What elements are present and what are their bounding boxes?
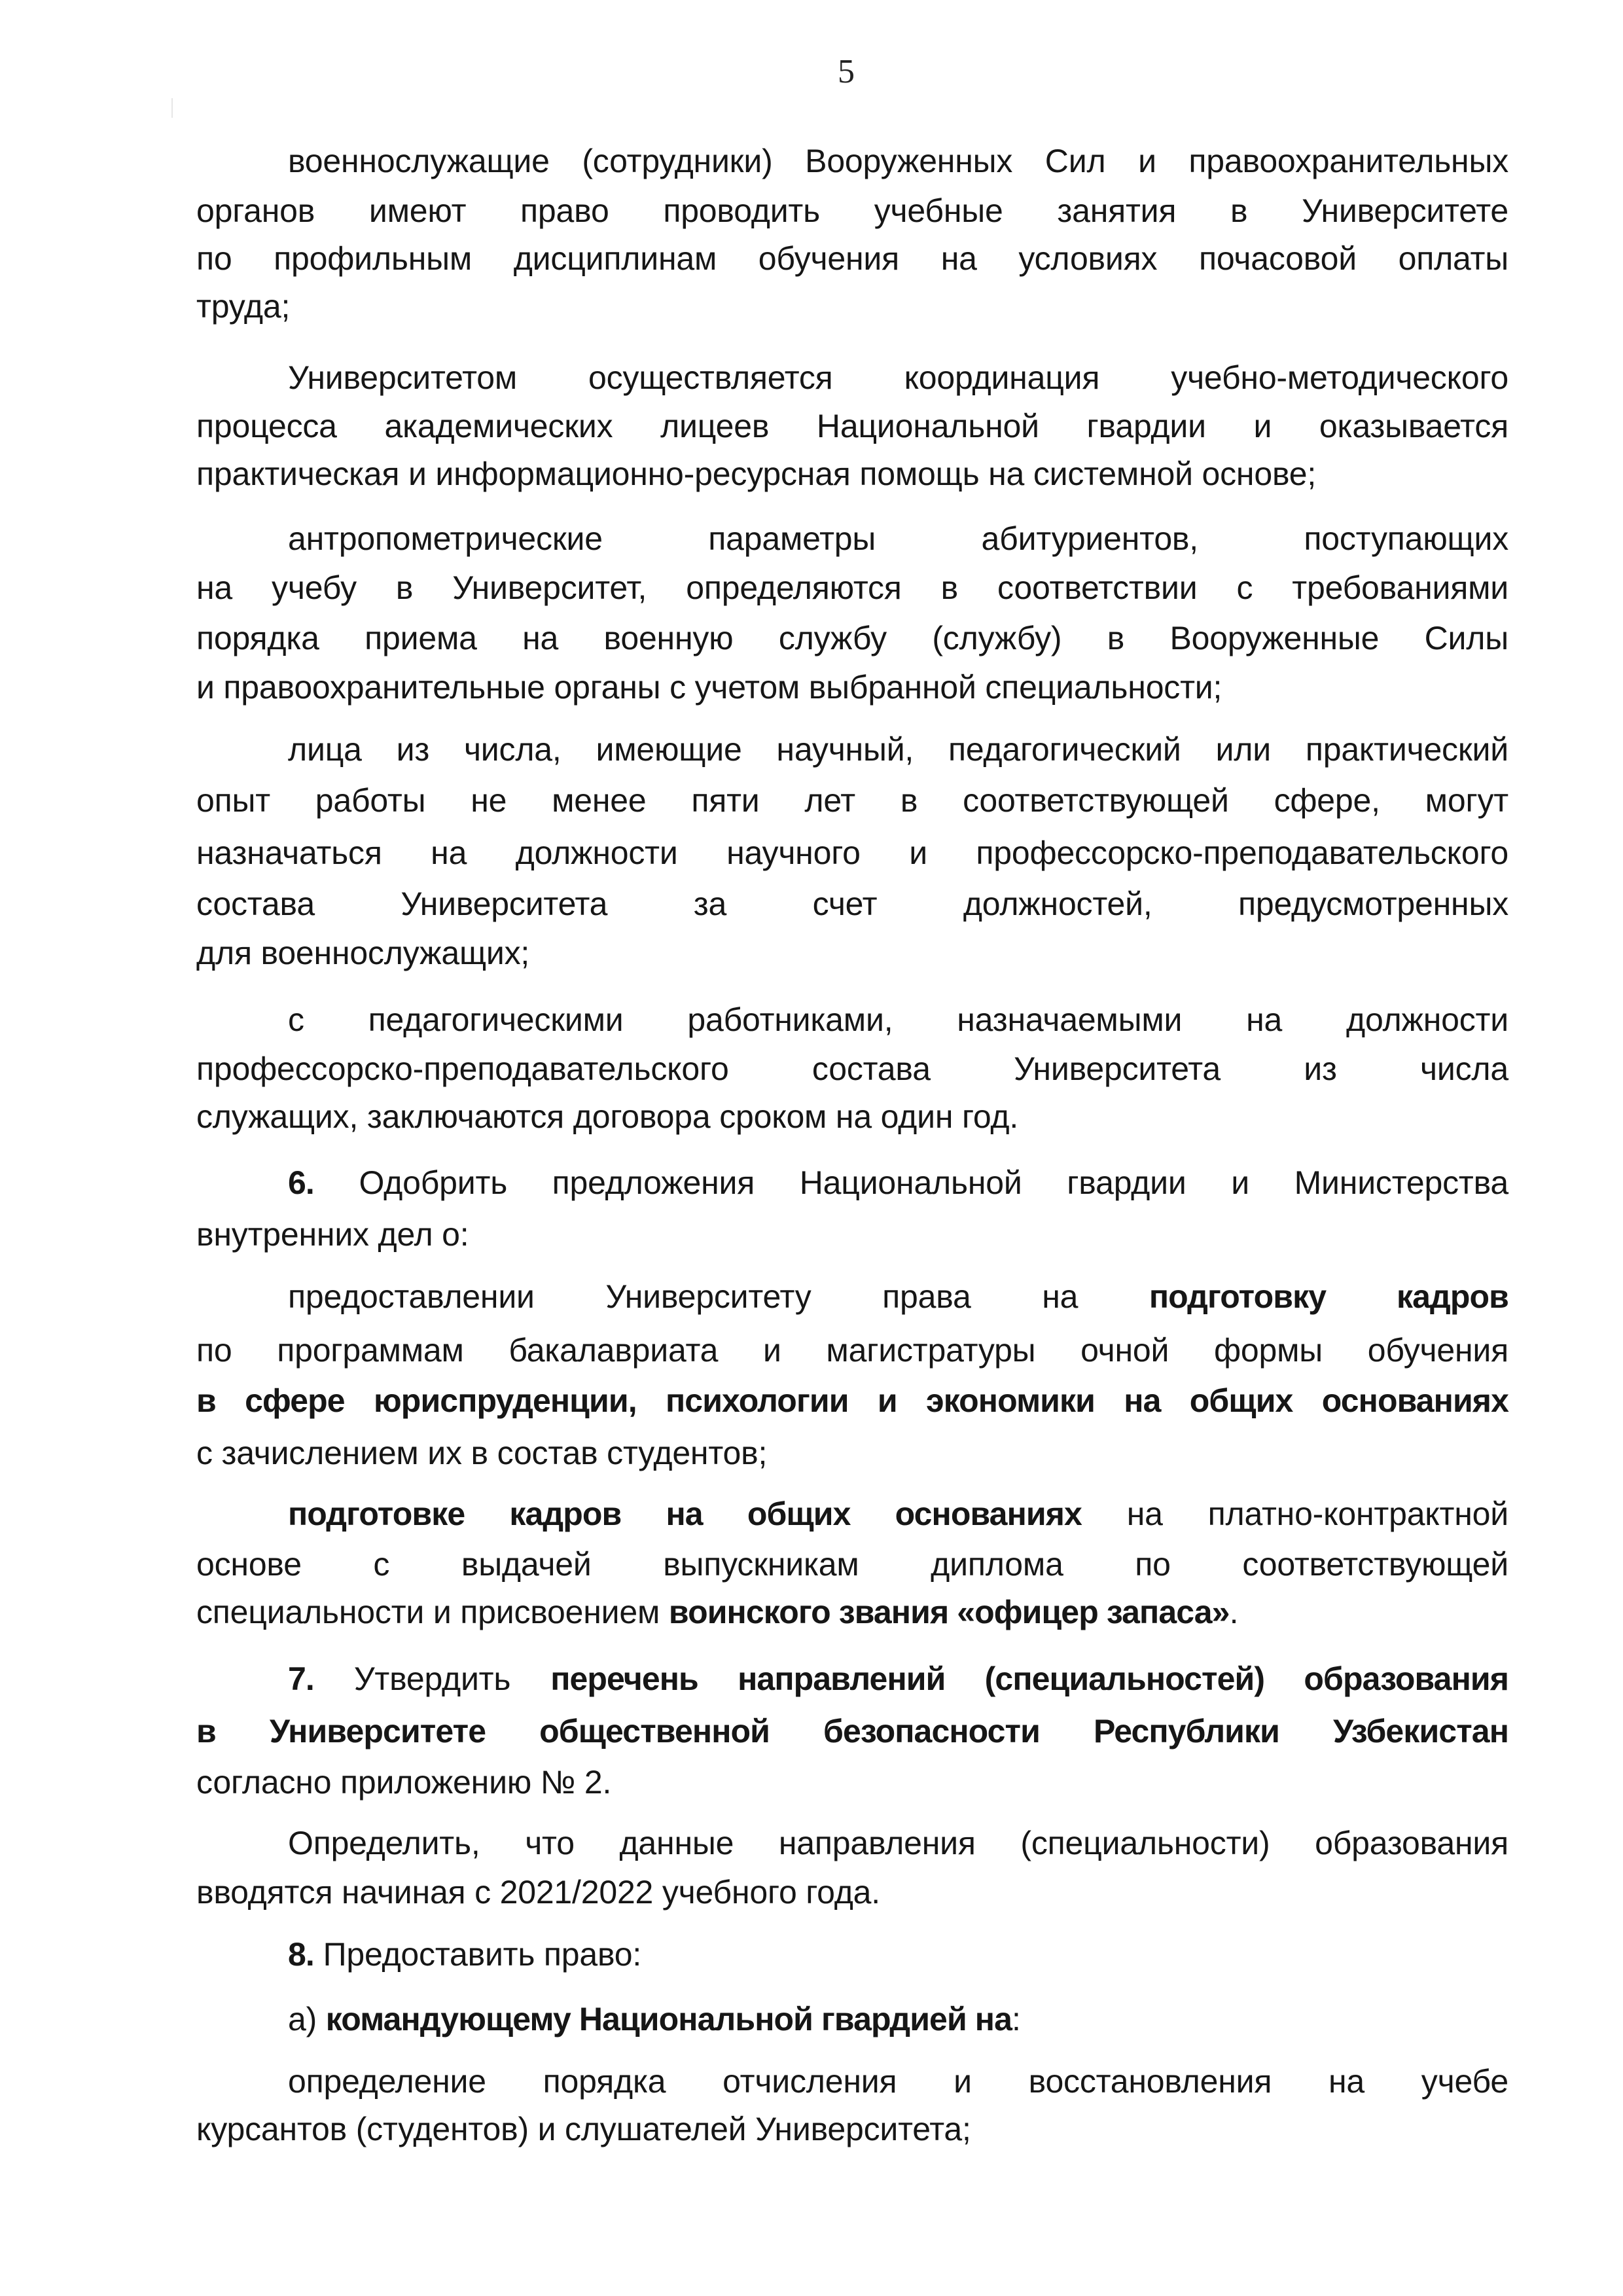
bold-text-run: в Университете общественной безопасности… [196, 1713, 1508, 1749]
text-line: состава Университета за счет должностей,… [196, 884, 1508, 924]
text-run: предоставлении Университету права на [288, 1278, 1149, 1315]
text-line: курсантов (студентов) и слушателей Униве… [196, 2109, 1508, 2149]
text-line: назначаться на должности научного и проф… [196, 833, 1508, 872]
text-run: специальности и присвоением [196, 1594, 669, 1630]
paragraph-first-line: с педагогическими работниками, назначаем… [288, 1000, 1508, 1039]
text-run: опыт работы не менее пяти лет в соответс… [196, 782, 1508, 819]
text-line: и правоохранительные органы с учетом выб… [196, 668, 1508, 707]
bold-text-run: 7. [288, 1660, 314, 1697]
text-run: с зачислением их в состав студентов; [196, 1435, 767, 1471]
paragraph-first-line: предоставлении Университету права на под… [288, 1277, 1508, 1316]
text-run: . [1230, 1594, 1239, 1630]
bold-text-run: в сфере юриспруденции, психологии и экон… [196, 1382, 1508, 1419]
text-line: органов имеют право проводить учебные за… [196, 191, 1508, 230]
text-line: труда; [196, 287, 1508, 326]
text-run: порядка приема на военную службу (службу… [196, 620, 1508, 656]
text-run: процесса академических лицеев Национальн… [196, 408, 1508, 444]
bold-text-run: подготовку кадров [1149, 1278, 1508, 1315]
text-run: практическая и информационно-ресурсная п… [196, 456, 1316, 492]
text-run: : [1012, 2001, 1021, 2037]
text-line: порядка приема на военную службу (службу… [196, 619, 1508, 658]
bold-text-run: 8. [288, 1936, 314, 1973]
text-run: определение порядка отчисления и восстан… [288, 2063, 1508, 2100]
bold-text-run: 6. [288, 1164, 314, 1201]
paragraph-first-line: 8. Предоставить право: [288, 1935, 1508, 1974]
paragraph-first-line: военнослужащие (сотрудники) Вооруженных … [288, 141, 1508, 181]
paragraph-first-line: а) командующему Национальной гвардией на… [288, 2000, 1508, 2039]
text-run: основе с выдачей выпускникам диплома по … [196, 1546, 1508, 1583]
bold-text-run: воинского звания «офицер запаса» [669, 1594, 1230, 1630]
paragraph-first-line: Определить, что данные направления (спец… [288, 1823, 1508, 1863]
text-run: труда; [196, 288, 290, 325]
text-line: основе с выдачей выпускникам диплома по … [196, 1545, 1508, 1584]
text-run: Утвердить [314, 1660, 550, 1697]
text-line: служащих, заключаются договора сроком на… [196, 1097, 1508, 1136]
paragraph-first-line: антропометрические параметры абитуриенто… [288, 519, 1508, 558]
text-run: состава Университета за счет должностей,… [196, 886, 1508, 922]
text-run: для военнослужащих; [196, 935, 529, 971]
text-line: с зачислением их в состав студентов; [196, 1433, 1508, 1473]
bold-text-run: командующему Национальной гвардией на [326, 2001, 1012, 2037]
bold-text-run: перечень направлений (специальностей) об… [550, 1660, 1508, 1697]
text-line: внутренних дел о: [196, 1215, 1508, 1254]
text-run: по профильным дисциплинам обучения на ус… [196, 240, 1508, 277]
text-run: с педагогическими работниками, назначаем… [288, 1001, 1508, 1038]
text-run: курсантов (студентов) и слушателей Униве… [196, 2111, 971, 2147]
text-run: внутренних дел о: [196, 1216, 469, 1253]
text-run: Определить, что данные направления (спец… [288, 1825, 1508, 1861]
text-run: Университетом осуществляется координация… [288, 359, 1508, 396]
text-run: антропометрические параметры абитуриенто… [288, 520, 1508, 557]
page-number: 5 [0, 55, 1623, 89]
text-run: Одобрить предложения Национальной гварди… [314, 1164, 1508, 1201]
text-line: процесса академических лицеев Национальн… [196, 406, 1508, 446]
text-line: согласно приложению № 2. [196, 1763, 1508, 1802]
text-line: в Университете общественной безопасности… [196, 1712, 1508, 1751]
scan-artifact [171, 98, 173, 118]
text-run: военнослужащие (сотрудники) Вооруженных … [288, 143, 1508, 179]
text-line: вводятся начиная с 2021/2022 учебного го… [196, 1873, 1508, 1912]
paragraph-first-line: 7. Утвердить перечень направлений (специ… [288, 1659, 1508, 1698]
paragraph-first-line: лица из числа, имеющие научный, педагоги… [288, 730, 1508, 769]
text-run: на учебу в Университет, определяются в с… [196, 569, 1508, 606]
text-line: профессорско-преподавательского состава … [196, 1049, 1508, 1088]
text-line: на учебу в Университет, определяются в с… [196, 568, 1508, 607]
text-line: специальности и присвоением воинского зв… [196, 1592, 1508, 1632]
text-run: согласно приложению № 2. [196, 1764, 611, 1801]
text-line: по программам бакалавриата и магистратур… [196, 1331, 1508, 1370]
text-run: на платно-контрактной [1082, 1496, 1508, 1532]
text-run: а) [288, 2001, 326, 2037]
paragraph-first-line: Университетом осуществляется координация… [288, 358, 1508, 397]
text-run: органов имеют право проводить учебные за… [196, 192, 1508, 229]
text-run: Предоставить право: [314, 1936, 641, 1973]
paragraph-first-line: подготовке кадров на общих основаниях на… [288, 1494, 1508, 1534]
text-run: служащих, заключаются договора сроком на… [196, 1098, 1018, 1135]
text-run: профессорско-преподавательского состава … [196, 1050, 1508, 1087]
text-run: вводятся начиная с 2021/2022 учебного го… [196, 1874, 880, 1910]
text-line: в сфере юриспруденции, психологии и экон… [196, 1381, 1508, 1420]
text-line: практическая и информационно-ресурсная п… [196, 454, 1508, 493]
paragraph-first-line: 6. Одобрить предложения Национальной гва… [288, 1163, 1508, 1202]
text-run: и правоохранительные органы с учетом выб… [196, 669, 1222, 706]
text-line: опыт работы не менее пяти лет в соответс… [196, 781, 1508, 820]
text-run: назначаться на должности научного и проф… [196, 834, 1508, 871]
text-run: по программам бакалавриата и магистратур… [196, 1332, 1508, 1369]
bold-text-run: подготовке кадров на общих основаниях [288, 1496, 1082, 1532]
text-run: лица из числа, имеющие научный, педагоги… [288, 731, 1508, 768]
paragraph-first-line: определение порядка отчисления и восстан… [288, 2062, 1508, 2101]
text-line: по профильным дисциплинам обучения на ус… [196, 239, 1508, 278]
text-line: для военнослужащих; [196, 933, 1508, 973]
